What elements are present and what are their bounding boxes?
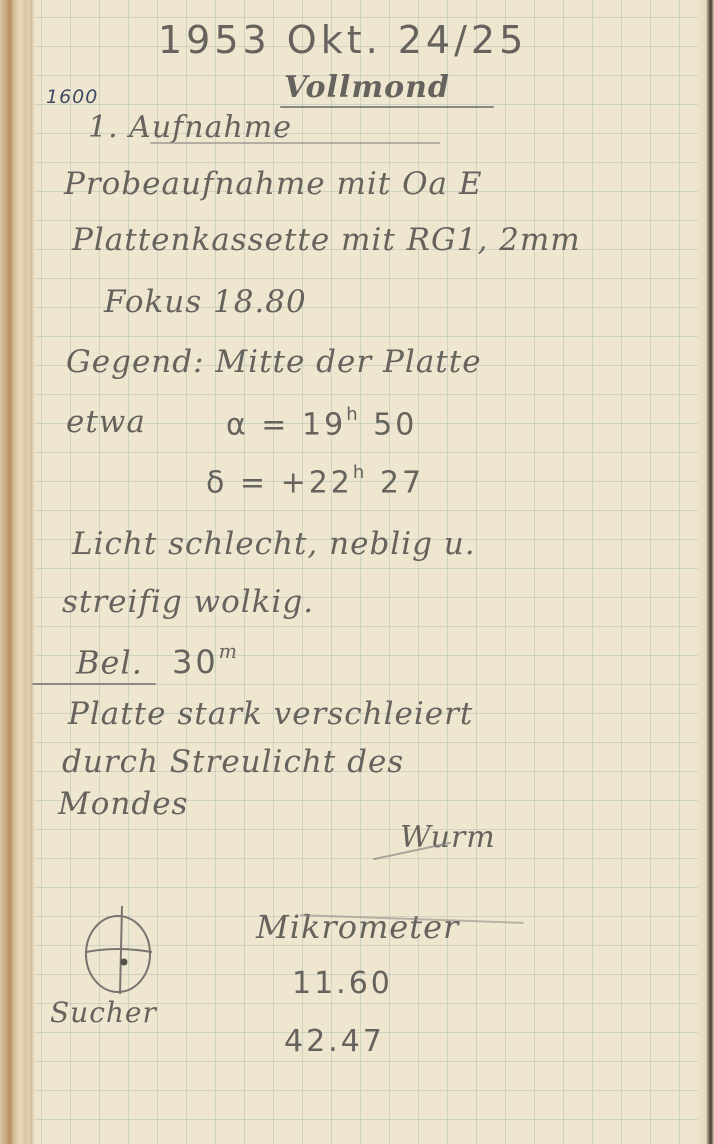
note-line-7: streifig wolkig. bbox=[62, 584, 314, 620]
finder-crosshair-icon bbox=[72, 900, 162, 996]
micrometer-value-2: 42.47 bbox=[284, 1024, 385, 1059]
exposure-value: 30 bbox=[172, 643, 219, 681]
time-margin-note: 1600 bbox=[46, 86, 98, 108]
exposure-unit: m bbox=[219, 640, 238, 663]
note-line-2: Plattenkassette mit RG1, 2mm bbox=[72, 222, 581, 258]
micrometer-value-1: 11.60 bbox=[292, 966, 393, 1001]
declination: δ = +22h 27 bbox=[206, 462, 424, 500]
exposure-label: Bel. bbox=[76, 643, 143, 681]
binding-edge bbox=[30, 0, 34, 1144]
delta-label: δ = + bbox=[206, 465, 309, 500]
notebook-page: 1953 Okt. 24/25 Vollmond 1600 1. Aufnahm… bbox=[0, 0, 714, 1144]
finder-label: Sucher bbox=[50, 996, 157, 1029]
note-line-3: Fokus 18.80 bbox=[104, 284, 307, 320]
exposure-underline bbox=[32, 683, 156, 685]
entry-heading: 1. Aufnahme bbox=[88, 110, 292, 145]
right-ascension: α = 19h 50 bbox=[226, 404, 417, 442]
alpha-label: α = bbox=[226, 407, 289, 442]
delta-degrees: 22 bbox=[309, 465, 353, 500]
exposure: Bel. 30m bbox=[76, 640, 238, 681]
note-line-5: etwa bbox=[66, 404, 146, 440]
subtitle-underline bbox=[280, 106, 494, 108]
entry-subtitle: Vollmond bbox=[284, 70, 450, 105]
entry-date: 1953 Okt. 24/25 bbox=[158, 18, 527, 62]
alpha-unit: h bbox=[346, 404, 360, 425]
alpha-hours: 19 bbox=[302, 407, 346, 442]
note-line-6: Licht schlecht, neblig u. bbox=[72, 526, 476, 562]
delta-minutes: 27 bbox=[380, 465, 424, 500]
note-line-10: Mondes bbox=[58, 786, 188, 822]
note-line-1: Probeaufnahme mit Oa E bbox=[64, 166, 482, 202]
page-right-edge bbox=[698, 0, 714, 1144]
alpha-minutes: 50 bbox=[373, 407, 417, 442]
note-line-8: Platte stark verschleiert bbox=[68, 696, 473, 732]
heading-underline bbox=[150, 142, 440, 144]
micrometer-label: Mikrometer bbox=[256, 908, 459, 946]
binding-spine bbox=[0, 0, 30, 1144]
note-line-4: Gegend: Mitte der Platte bbox=[66, 344, 482, 380]
delta-unit: h bbox=[353, 462, 367, 483]
note-line-9: durch Streulicht des bbox=[62, 744, 404, 780]
